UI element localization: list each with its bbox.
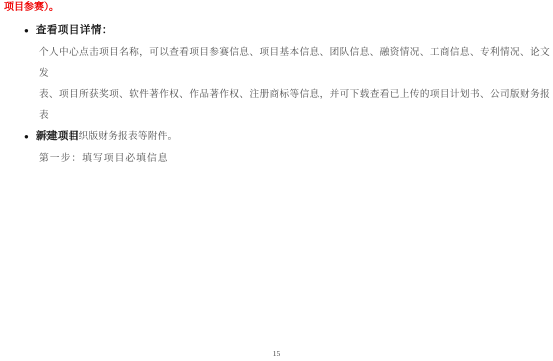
paragraph-line: 表、项目所获奖项、软件著作权、作品著作权、注册商标等信息，并可下载查看已上传的项… <box>39 84 550 126</box>
list-item-new-project: ● 新建项目 <box>24 130 80 143</box>
paragraph-line: 个人中心点击项目名称，可以查看项目参赛信息、项目基本信息、团队信息、融资情况、工… <box>39 42 550 84</box>
list-item-title: 查看项目详情： <box>36 24 113 37</box>
heading-continued: 项目参赛）。 <box>4 1 59 14</box>
list-item-view-details: ● 查看项目详情： <box>24 24 113 37</box>
step-text: 第一步：填写项目必填信息 <box>39 148 169 169</box>
list-item-title: 新建项目 <box>36 130 80 143</box>
paragraph-line: 或社会组织版财务报表等附件。 <box>39 126 550 147</box>
details-paragraph: 个人中心点击项目名称，可以查看项目参赛信息、项目基本信息、团队信息、融资情况、工… <box>39 42 550 147</box>
bullet-dot-icon: ● <box>24 130 29 143</box>
document-page: 项目参赛）。 ● 查看项目详情： 个人中心点击项目名称，可以查看项目参赛信息、项… <box>0 0 553 361</box>
page-footer: 15 <box>0 343 553 361</box>
page-number: 15 <box>273 349 281 358</box>
bullet-dot-icon: ● <box>24 24 29 37</box>
